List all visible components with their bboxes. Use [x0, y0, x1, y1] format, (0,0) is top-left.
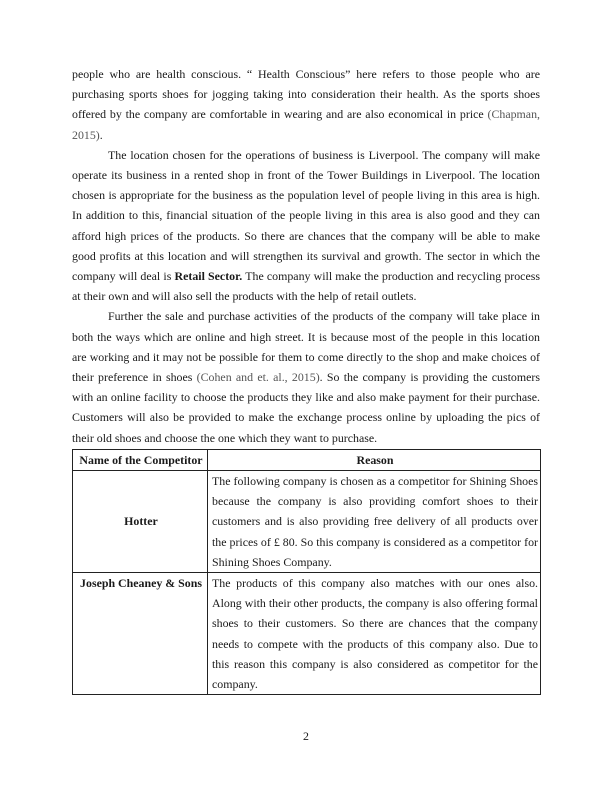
competitor-name: Joseph Cheaney & Sons — [73, 573, 208, 695]
competitor-table: Name of the Competitor Reason Hotter The… — [72, 449, 541, 695]
competitor-reason: The following company is chosen as a com… — [208, 471, 541, 573]
page-number: 2 — [0, 729, 612, 744]
bold-retail-sector: Retail Sector. — [175, 269, 243, 283]
competitor-name: Hotter — [73, 471, 208, 573]
paragraph-text-end: . — [100, 128, 103, 142]
table-row: Joseph Cheaney & Sons The products of th… — [73, 573, 541, 695]
paragraph-location: The location chosen for the operations o… — [72, 145, 540, 307]
table-header-row: Name of the Competitor Reason — [73, 449, 541, 470]
paragraph-text: The location chosen for the operations o… — [72, 148, 540, 283]
document-page: people who are health conscious. “ Healt… — [72, 64, 540, 695]
paragraph-text: people who are health conscious. “ Healt… — [72, 67, 540, 121]
paragraph-health-conscious: people who are health conscious. “ Healt… — [72, 64, 540, 145]
citation-cohen: (Cohen and et. al., 2015) — [197, 370, 320, 384]
header-reason: Reason — [208, 449, 541, 470]
competitor-reason: The products of this company also matche… — [208, 573, 541, 695]
table-row: Hotter The following company is chosen a… — [73, 471, 541, 573]
paragraph-sales-channels: Further the sale and purchase activities… — [72, 306, 540, 447]
header-competitor-name: Name of the Competitor — [73, 449, 208, 470]
